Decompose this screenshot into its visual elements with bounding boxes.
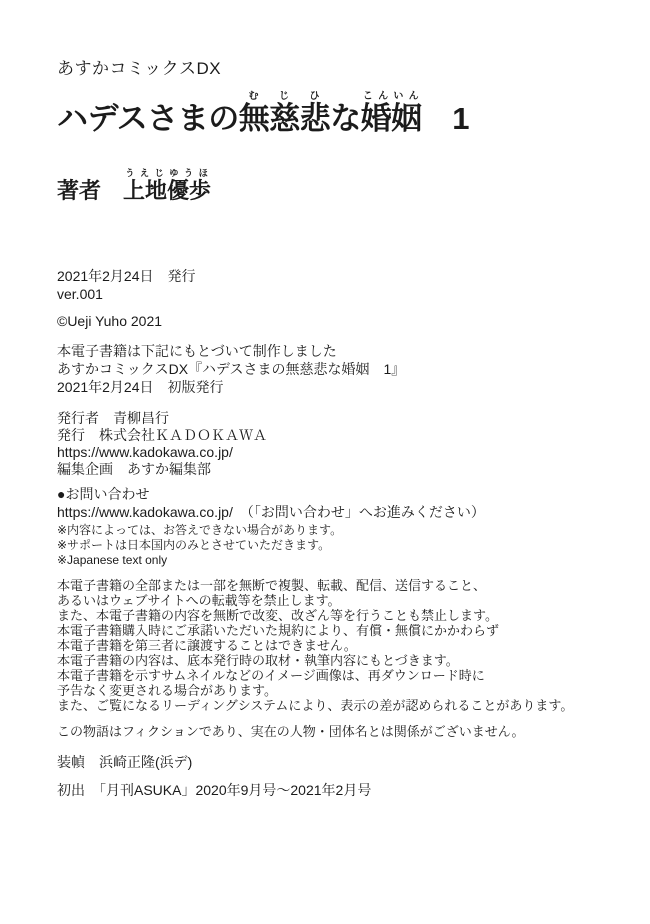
editorial-line: 編集企画 あすか編集部 bbox=[57, 461, 610, 478]
fiction-disclaimer: この物語はフィクションであり、実在の人物・団体名とは関係がございません。 bbox=[57, 724, 610, 739]
colophon-page: あすかコミックスDX ハデスさまの無慈悲むじひな婚姻こんいん 1 著者上地優歩う… bbox=[0, 0, 650, 924]
legal-line: 本電子書籍を示すサムネイルなどのイメージ画像は、再ダウンロード時に bbox=[57, 668, 610, 683]
contact-note: ※サポートは日本国内のみとさせていただきます。 bbox=[57, 538, 610, 553]
source-edition-date: 2021年2月24日 初版発行 bbox=[57, 378, 610, 396]
legal-line: 予告なく変更される場合があります。 bbox=[57, 683, 610, 698]
contact-note: ※内容によっては、お答えできない場合があります。 bbox=[57, 523, 610, 538]
author-name: 上地優歩うえじゆうほ bbox=[123, 178, 211, 203]
publisher-person-line: 発行者 青柳昌行 bbox=[57, 410, 610, 427]
source-edition-title: あすかコミックスDX『ハデスさまの無慈悲な婚姻 1』 bbox=[57, 360, 610, 378]
author-label: 著者 bbox=[57, 178, 101, 203]
legal-line: 本電子書籍の内容は、底本発行時の取材・執筆内容にもとづきます。 bbox=[57, 653, 610, 668]
publication-block: 2021年2月24日 発行 ver.001 bbox=[57, 267, 610, 303]
author-line: 著者上地優歩うえじゆうほ bbox=[57, 168, 610, 207]
copyright-notice: ©Ueji Yuho 2021 bbox=[57, 312, 610, 330]
first-publication-credit: 初出 「月刊ASUKA」2020年9月号～2021年2月号 bbox=[57, 781, 610, 799]
contact-heading: ●お問い合わせ bbox=[57, 485, 610, 503]
contact-note: ※Japanese text only bbox=[57, 553, 610, 568]
publisher-url: https://www.kadokawa.co.jp/ bbox=[57, 444, 610, 461]
publication-date: 2021年2月24日 発行 bbox=[57, 267, 610, 285]
legal-line: 本電子書籍購入時にご承諾いただいた規約により、有償・無償にかかわらず bbox=[57, 623, 610, 638]
legal-notice-block: 本電子書籍の全部または一部を無断で複製、転載、配信、送信すること、 あるいはウェ… bbox=[57, 578, 610, 713]
book-title: ハデスさまの無慈悲むじひな婚姻こんいん 1 bbox=[57, 91, 610, 143]
contact-url: https://www.kadokawa.co.jp/ （「お問い合わせ」へお進… bbox=[57, 503, 610, 522]
legal-line: あるいはウェブサイトへの転載等を禁止します。 bbox=[57, 593, 610, 608]
contact-block: ●お問い合わせ https://www.kadokawa.co.jp/ （「お問… bbox=[57, 485, 610, 568]
version-label: ver.001 bbox=[57, 285, 610, 303]
legal-line: また、本電子書籍の内容を無断で改変、改ざん等を行うことも禁止します。 bbox=[57, 608, 610, 623]
legal-line: 本電子書籍を第三者に譲渡することはできません。 bbox=[57, 638, 610, 653]
contact-notes: ※内容によっては、お答えできない場合があります。 ※サポートは日本国内のみとさせ… bbox=[57, 523, 610, 568]
publisher-company-line: 発行 株式会社ＫＡＤＯＫＡＷＡ bbox=[57, 427, 610, 444]
imprint-label: あすかコミックスDX bbox=[57, 59, 610, 78]
source-edition-block: 本電子書籍は下記にもとづいて制作しました あすかコミックスDX『ハデスさまの無慈… bbox=[57, 342, 610, 396]
legal-line: また、ご覧になるリーディングシステムにより、表示の差が認められることがあります。 bbox=[57, 698, 610, 713]
legal-line: 本電子書籍の全部または一部を無断で複製、転載、配信、送信すること、 bbox=[57, 578, 610, 593]
source-note-line: 本電子書籍は下記にもとづいて制作しました bbox=[57, 342, 610, 360]
design-credit: 装幀 浜崎正隆(浜デ) bbox=[57, 753, 610, 771]
publisher-block: 発行者 青柳昌行 発行 株式会社ＫＡＤＯＫＡＷＡ https://www.kad… bbox=[57, 410, 610, 478]
